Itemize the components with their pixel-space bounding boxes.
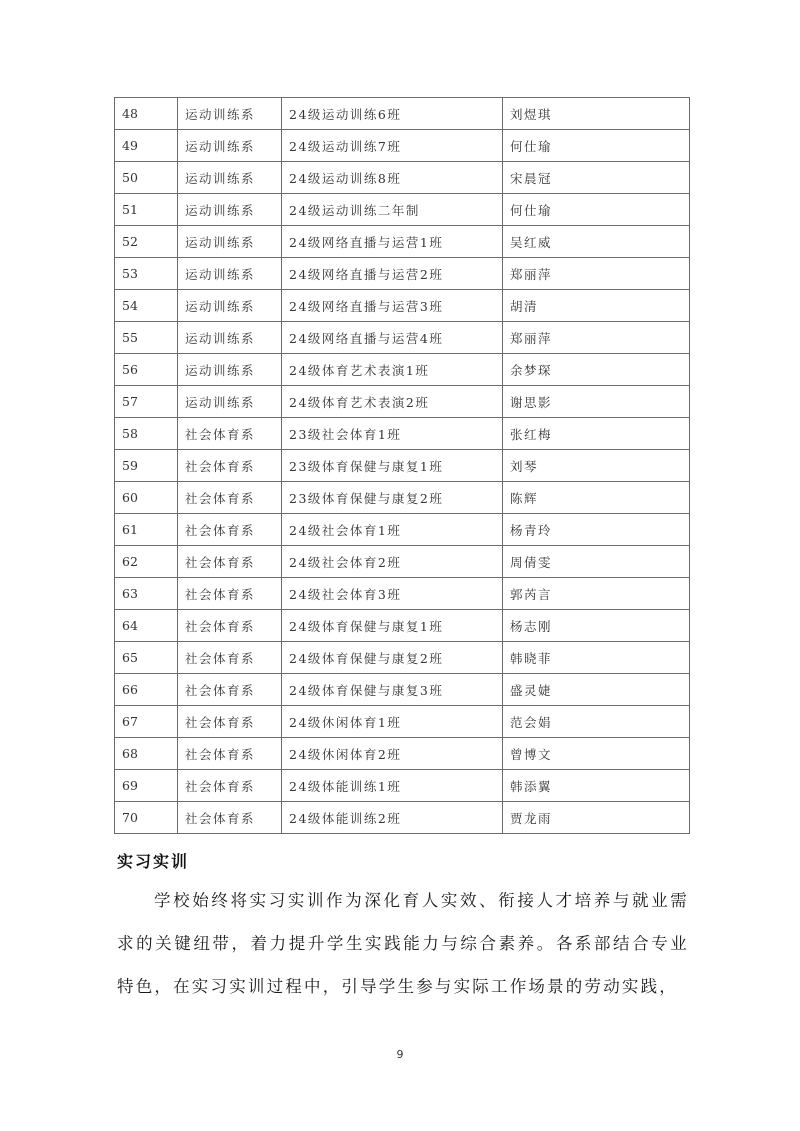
- teacher-name-cell: 贾龙雨: [503, 802, 690, 834]
- class-teacher-table: 48 运动训练系 24级运动训练6班 刘煜琪 49 运动训练系 24级运动训练7…: [114, 97, 690, 834]
- page-number: 9: [0, 1048, 800, 1061]
- row-number-cell: 66: [115, 674, 178, 706]
- table-row: 70 社会体育系 24级体能训练2班 贾龙雨: [115, 802, 690, 834]
- teacher-name-cell: 宋晨冠: [503, 162, 690, 194]
- teacher-name-cell: 陈辉: [503, 482, 690, 514]
- class-name-cell: 24级体育保健与康复2班: [282, 642, 503, 674]
- department-cell: 社会体育系: [178, 546, 282, 578]
- row-number-cell: 62: [115, 546, 178, 578]
- class-name-cell: 24级网络直播与运营2班: [282, 258, 503, 290]
- row-number-cell: 59: [115, 450, 178, 482]
- document-page: 48 运动训练系 24级运动训练6班 刘煜琪 49 运动训练系 24级运动训练7…: [0, 0, 800, 1131]
- department-cell: 社会体育系: [178, 738, 282, 770]
- row-number-cell: 54: [115, 290, 178, 322]
- department-cell: 运动训练系: [178, 290, 282, 322]
- row-number-cell: 70: [115, 802, 178, 834]
- teacher-name-cell: 周倩雯: [503, 546, 690, 578]
- class-name-cell: 24级运动训练二年制: [282, 194, 503, 226]
- teacher-name-cell: 杨青玲: [503, 514, 690, 546]
- class-name-cell: 24级运动训练6班: [282, 98, 503, 130]
- table-row: 48 运动训练系 24级运动训练6班 刘煜琪: [115, 98, 690, 130]
- department-cell: 运动训练系: [178, 226, 282, 258]
- row-number-cell: 68: [115, 738, 178, 770]
- teacher-name-cell: 张红梅: [503, 418, 690, 450]
- row-number-cell: 63: [115, 578, 178, 610]
- table-row: 51 运动训练系 24级运动训练二年制 何仕瑜: [115, 194, 690, 226]
- row-number-cell: 55: [115, 322, 178, 354]
- class-name-cell: 24级网络直播与运营3班: [282, 290, 503, 322]
- teacher-name-cell: 韩添翼: [503, 770, 690, 802]
- table-row: 63 社会体育系 24级社会体育3班 郭芮言: [115, 578, 690, 610]
- class-name-cell: 23级体育保健与康复2班: [282, 482, 503, 514]
- department-cell: 社会体育系: [178, 514, 282, 546]
- department-cell: 社会体育系: [178, 610, 282, 642]
- row-number-cell: 51: [115, 194, 178, 226]
- class-name-cell: 24级休闲体育2班: [282, 738, 503, 770]
- department-cell: 运动训练系: [178, 386, 282, 418]
- class-name-cell: 24级运动训练7班: [282, 130, 503, 162]
- teacher-name-cell: 余梦琛: [503, 354, 690, 386]
- department-cell: 社会体育系: [178, 706, 282, 738]
- teacher-name-cell: 韩晓菲: [503, 642, 690, 674]
- teacher-name-cell: 郭芮言: [503, 578, 690, 610]
- table-row: 66 社会体育系 24级体育保健与康复3班 盛灵婕: [115, 674, 690, 706]
- department-cell: 运动训练系: [178, 354, 282, 386]
- table-row: 58 社会体育系 23级社会体育1班 张红梅: [115, 418, 690, 450]
- row-number-cell: 52: [115, 226, 178, 258]
- teacher-name-cell: 何仕瑜: [503, 130, 690, 162]
- teacher-name-cell: 吴红威: [503, 226, 690, 258]
- row-number-cell: 69: [115, 770, 178, 802]
- body-paragraph: 学校始终将实习实训作为深化育人实效、衔接人才培养与就业需求的关键纽带，着力提升学…: [117, 879, 689, 1008]
- class-name-cell: 24级网络直播与运营4班: [282, 322, 503, 354]
- table-row: 59 社会体育系 23级体育保健与康复1班 刘琴: [115, 450, 690, 482]
- row-number-cell: 56: [115, 354, 178, 386]
- teacher-name-cell: 刘琴: [503, 450, 690, 482]
- department-cell: 运动训练系: [178, 322, 282, 354]
- table-row: 53 运动训练系 24级网络直播与运营2班 郑丽萍: [115, 258, 690, 290]
- teacher-name-cell: 郑丽萍: [503, 258, 690, 290]
- teacher-name-cell: 范会娟: [503, 706, 690, 738]
- row-number-cell: 53: [115, 258, 178, 290]
- row-number-cell: 61: [115, 514, 178, 546]
- class-name-cell: 24级体育保健与康复1班: [282, 610, 503, 642]
- table-row: 65 社会体育系 24级体育保健与康复2班 韩晓菲: [115, 642, 690, 674]
- table-row: 49 运动训练系 24级运动训练7班 何仕瑜: [115, 130, 690, 162]
- section-heading: 实习实训: [117, 849, 189, 872]
- teacher-name-cell: 刘煜琪: [503, 98, 690, 130]
- row-number-cell: 64: [115, 610, 178, 642]
- teacher-name-cell: 胡清: [503, 290, 690, 322]
- table-row: 60 社会体育系 23级体育保健与康复2班 陈辉: [115, 482, 690, 514]
- teacher-name-cell: 谢思影: [503, 386, 690, 418]
- row-number-cell: 50: [115, 162, 178, 194]
- table-row: 54 运动训练系 24级网络直播与运营3班 胡清: [115, 290, 690, 322]
- department-cell: 运动训练系: [178, 258, 282, 290]
- class-name-cell: 24级体育艺术表演1班: [282, 354, 503, 386]
- department-cell: 社会体育系: [178, 450, 282, 482]
- class-name-cell: 24级体育保健与康复3班: [282, 674, 503, 706]
- department-cell: 运动训练系: [178, 130, 282, 162]
- teacher-name-cell: 何仕瑜: [503, 194, 690, 226]
- table-row: 61 社会体育系 24级社会体育1班 杨青玲: [115, 514, 690, 546]
- table-row: 69 社会体育系 24级体能训练1班 韩添翼: [115, 770, 690, 802]
- class-name-cell: 24级社会体育2班: [282, 546, 503, 578]
- table-row: 64 社会体育系 24级体育保健与康复1班 杨志刚: [115, 610, 690, 642]
- class-name-cell: 24级运动训练8班: [282, 162, 503, 194]
- department-cell: 社会体育系: [178, 802, 282, 834]
- class-name-cell: 24级体能训练1班: [282, 770, 503, 802]
- row-number-cell: 67: [115, 706, 178, 738]
- class-name-cell: 24级社会体育3班: [282, 578, 503, 610]
- department-cell: 运动训练系: [178, 194, 282, 226]
- department-cell: 社会体育系: [178, 770, 282, 802]
- department-cell: 社会体育系: [178, 674, 282, 706]
- row-number-cell: 58: [115, 418, 178, 450]
- table-row: 57 运动训练系 24级体育艺术表演2班 谢思影: [115, 386, 690, 418]
- class-name-cell: 24级社会体育1班: [282, 514, 503, 546]
- class-name-cell: 24级体育艺术表演2班: [282, 386, 503, 418]
- teacher-name-cell: 曾博文: [503, 738, 690, 770]
- table-row: 55 运动训练系 24级网络直播与运营4班 郑丽萍: [115, 322, 690, 354]
- teacher-name-cell: 郑丽萍: [503, 322, 690, 354]
- department-cell: 社会体育系: [178, 578, 282, 610]
- table-row: 62 社会体育系 24级社会体育2班 周倩雯: [115, 546, 690, 578]
- department-cell: 社会体育系: [178, 418, 282, 450]
- row-number-cell: 65: [115, 642, 178, 674]
- teacher-name-cell: 杨志刚: [503, 610, 690, 642]
- row-number-cell: 57: [115, 386, 178, 418]
- table-row: 50 运动训练系 24级运动训练8班 宋晨冠: [115, 162, 690, 194]
- table-row: 56 运动训练系 24级体育艺术表演1班 余梦琛: [115, 354, 690, 386]
- table-row: 68 社会体育系 24级休闲体育2班 曾博文: [115, 738, 690, 770]
- row-number-cell: 60: [115, 482, 178, 514]
- department-cell: 社会体育系: [178, 642, 282, 674]
- teacher-name-cell: 盛灵婕: [503, 674, 690, 706]
- table-row: 67 社会体育系 24级休闲体育1班 范会娟: [115, 706, 690, 738]
- class-name-cell: 24级体能训练2班: [282, 802, 503, 834]
- department-cell: 运动训练系: [178, 162, 282, 194]
- row-number-cell: 48: [115, 98, 178, 130]
- row-number-cell: 49: [115, 130, 178, 162]
- class-name-cell: 23级社会体育1班: [282, 418, 503, 450]
- class-name-cell: 23级体育保健与康复1班: [282, 450, 503, 482]
- department-cell: 运动训练系: [178, 98, 282, 130]
- table-row: 52 运动训练系 24级网络直播与运营1班 吴红威: [115, 226, 690, 258]
- table-body: 48 运动训练系 24级运动训练6班 刘煜琪 49 运动训练系 24级运动训练7…: [115, 98, 690, 834]
- class-name-cell: 24级休闲体育1班: [282, 706, 503, 738]
- class-name-cell: 24级网络直播与运营1班: [282, 226, 503, 258]
- department-cell: 社会体育系: [178, 482, 282, 514]
